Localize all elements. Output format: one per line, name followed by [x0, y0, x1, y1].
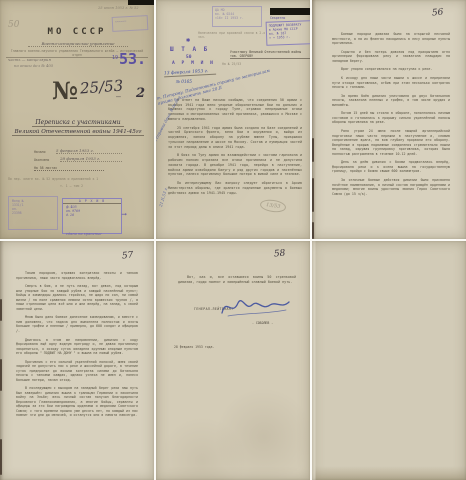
typed-page-56: 56 Боевые порядки дивизии были на открыт… [312, 0, 466, 239]
redaction-bar [270, 8, 310, 15]
year-prefix: 19 [112, 55, 118, 61]
dashed-arrow: ⟶ [122, 210, 125, 218]
form-row2-label: Окончено [34, 158, 49, 162]
binding-mark [312, 222, 314, 239]
text-line: В боях за Тулу армия во взаимодействии с… [168, 153, 302, 177]
year-stamp: 53. [119, 50, 146, 68]
archive-note: сдано на хранение [66, 232, 102, 236]
document-collage: 25 июня 1953 г. № 52 ≈≈≈≈≈≈ 50 МО СССР В… [0, 0, 466, 480]
page-number: 57 [122, 250, 134, 261]
form-row1-label: Начало [34, 150, 46, 154]
cover-line-b: по описи дел № 405 [14, 63, 53, 68]
binding-mark [312, 138, 314, 162]
page-body: Боевые порядки дивизии были на открытой … [332, 32, 450, 200]
text-line: День за днём дивизия с боями продвигалас… [332, 160, 450, 174]
text-line: д. 26 [66, 213, 118, 217]
text-line: Боевые порядки дивизии были на открытой … [332, 32, 450, 46]
star-icon: ✱ [186, 36, 190, 44]
reference-number-line: На № 25/53 [222, 62, 241, 66]
faded-stamp-text: ≈≈≈≈≈≈ [113, 16, 147, 24]
text-line: Враг упорно сопротивлялся на подступах к… [332, 67, 450, 72]
page-body: Таким порядком, отражая контратаки пехот… [16, 271, 138, 422]
binding-mark [0, 439, 2, 475]
form-row5: т. 1 — том 2 [60, 184, 83, 188]
cover-line-a: часть — канцелярия [8, 57, 51, 62]
secret-marking: Секретно [270, 16, 285, 20]
archive-stamp: А Р Х И В ф. 405оп. 9769д. 26 [62, 198, 122, 234]
text-line: «16» II 1953 г. [215, 16, 259, 20]
typed-note-line: Напечатано при архивной связи в 2-х экз. [198, 31, 274, 39]
cover-header: МО СССР [0, 27, 154, 37]
form-row1-value: 5 февраля 1953 г. [56, 148, 122, 154]
binding-mark [0, 359, 2, 391]
binding-mark [0, 299, 2, 321]
text-line: Рано утром 24 июня после мощной артиллер… [332, 129, 450, 156]
page-number: 56 [432, 7, 444, 18]
text-line: Противник с его сильной укреплённой поло… [16, 360, 138, 383]
corner-note: 25 июня 1953 г. № 52 [98, 6, 139, 10]
fond-stamp-rows: Фонд №1331/1оп.23398 [9, 197, 57, 217]
letterhead-50: 50 [186, 55, 192, 60]
text-line: Мною было дано боевое донесение командов… [16, 315, 138, 333]
title-line-1: Переписка с участниками [32, 119, 124, 127]
text-line: 23398 [12, 211, 54, 215]
letterhead-armii: А Р М И И [172, 61, 215, 66]
addressee-line: Участнику Великой Отечественной войны то… [230, 50, 310, 59]
letter-date: 28 февраля 1953 года. [174, 345, 214, 349]
page-number: 58 [274, 248, 286, 259]
text-line: В последующем с выходом на западный бере… [16, 386, 138, 418]
letter-body: В ответ на Ваше письмо сообщаю, что соед… [168, 98, 302, 199]
letterhead-number: № 0165 [176, 79, 192, 84]
typed-page-57: 57 Таким порядком, отражая контратаки пе… [0, 241, 154, 480]
cover-subtitle-1: Военно-историческое управление [28, 41, 128, 47]
form-row4: По пер. книге вх. № 52 журнала и приложе… [8, 177, 148, 181]
text-line: За отличные боевые действия дивизии было… [332, 178, 450, 196]
text-line: По интересующему Вас вопросу следует обр… [168, 181, 302, 195]
incoming-stamp: ЦА МОвх. № 0244«16» II 1953 г. [212, 6, 262, 27]
text-line: Таким порядком, отражая контратаки пехот… [16, 271, 138, 280]
archive-stamp-rows: ф. 405оп. 9769д. 26 [63, 204, 121, 218]
text-line: Смерть в бою, а не путь назад, вот девиз… [16, 284, 138, 311]
fond-stamp: Фонд №1331/1оп.23398 [8, 196, 58, 230]
text-line: « » 1953 г. [269, 34, 309, 39]
handwritten-signature [218, 293, 292, 321]
text-line: К исходу дня наши части вышли к шоссе и … [332, 76, 450, 90]
blank-page [312, 241, 466, 480]
incoming-stamp-rows: ЦА МОвх. № 0244«16» II 1953 г. [213, 7, 261, 21]
copy-number: 2 [136, 86, 145, 101]
text-line: В ответ на Ваше письмо сообщаю, что соед… [168, 98, 302, 122]
text-line: Потом 15 дней мы стояли в обороне, попол… [332, 111, 450, 125]
text-line: Двигаясь в этом же направлении, дивизия … [16, 338, 138, 356]
letterhead-shtab: Ш Т А Б [170, 46, 209, 53]
number-sign-stamp: № [52, 76, 78, 105]
letter-page: ЦА МОвх. № 0244«16» II 1953 г. Секретно … [156, 0, 310, 239]
closing-paragraph: Вот, как и, все оставшиеся воины 50 стре… [178, 275, 296, 284]
text-line: За время боёв дивизия уничтожила до двух… [332, 94, 450, 108]
binding-mark [312, 178, 314, 212]
checked-note: 13/53 [259, 198, 287, 214]
signer-surname: - СОБОЛЕВ - [252, 321, 273, 325]
redaction-bar [128, 0, 154, 5]
form-row3: На 58 листах [34, 166, 104, 171]
signature-page-58: 58 Вот, как и, все оставшиеся воины 50 с… [156, 241, 310, 480]
letterhead-date: 13 февраля 1953 г. [164, 69, 216, 78]
form-row2-value: 28 февраля 1953 г. [60, 156, 122, 162]
title-line-2: Великой Отечественной войны 1941-45гг [12, 129, 144, 136]
case-dash: — [116, 92, 121, 101]
text-line: 25 сентября 1941 года армия была создана… [168, 126, 302, 150]
cover-page: 25 июня 1953 г. № 52 ≈≈≈≈≈≈ 50 МО СССР В… [0, 0, 154, 239]
text-line: Скрытно и без потерь дивизия под прикрыт… [332, 50, 450, 64]
